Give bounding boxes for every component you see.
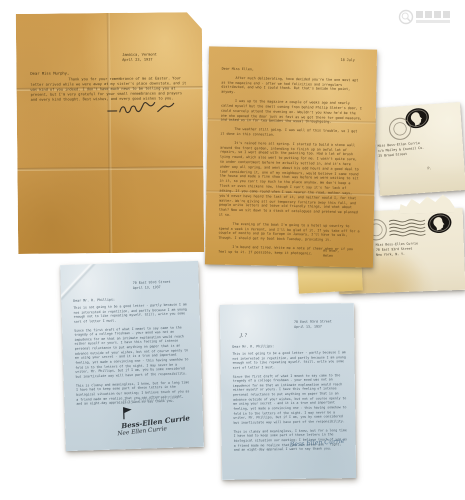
magnifier-seal-icon bbox=[398, 8, 456, 28]
cancellation-bars-icon bbox=[389, 217, 430, 243]
handwritten-signature-icon bbox=[107, 100, 179, 121]
paragraph: I was up to the magazine a couple of wee… bbox=[221, 99, 363, 126]
letter-body: Dear Miss Ellen, After much deliberating… bbox=[218, 67, 364, 261]
address-line: New York, N. Y. bbox=[376, 251, 418, 257]
closing-block: As ever, Helen bbox=[323, 249, 339, 259]
paragraph: Since the first draft of what I meant to… bbox=[74, 325, 190, 380]
typed-letter-dense: 18 July Dear Miss Ellen, After much deli… bbox=[205, 46, 377, 267]
watermark-logo bbox=[398, 8, 456, 33]
typed-signature: Helen bbox=[323, 254, 339, 259]
letter-date: 18 July bbox=[341, 58, 355, 62]
envelope-front: Miss Bess-Ellen Currie c/o Mailey & Coun… bbox=[374, 102, 465, 196]
letter-header: 70 East 93rd Street April 13, 1937 bbox=[294, 319, 332, 329]
paragraph: After much deliberating, have decided yo… bbox=[221, 75, 363, 97]
aged-folded-letter: Jamaica, Vermont April 23, 1937 Dear Mis… bbox=[16, 12, 205, 254]
salutation: Dear Miss Ellen, bbox=[222, 67, 364, 75]
dateline: Jamaica, Vermont April 23, 1937 bbox=[122, 53, 157, 64]
salutation: Dear Miss Murphy, bbox=[30, 70, 69, 75]
paragraph: The weather still going. I was well of t… bbox=[220, 127, 362, 139]
salutation: Dear Mr. R. Phillips: bbox=[232, 344, 274, 349]
envelope2-address: Miss Bess-Ellen Currie 70 East 93rd Stre… bbox=[376, 241, 419, 257]
paragraph: Since the first draft of what I meant to… bbox=[233, 373, 348, 426]
blue-typed-letter-signed: 70 East 93rd Street April 13, 1937 Dear … bbox=[60, 261, 204, 451]
salutation: Dear Mr. R. Phillips: bbox=[73, 298, 115, 303]
envelope1-notation: P. bbox=[427, 166, 432, 170]
paragraph: This is not going to be a good letter - … bbox=[232, 350, 346, 370]
paragraph: This is not going to be a good letter - … bbox=[73, 302, 188, 324]
dateline-date: April 23, 1937 bbox=[122, 58, 157, 64]
envelope1-address: Miss Bess-Ellen Currie c/o Mailey & Coun… bbox=[378, 141, 425, 159]
header-date: April 13, 1937 bbox=[294, 324, 332, 329]
auction-lot-photo: Miss Bess-Ellen Currie c/o Mailey & Coun… bbox=[0, 0, 465, 500]
letter-header: 70 East 93rd Street April 13, 1937 bbox=[133, 280, 171, 291]
blue-typed-letter-carbon: 70 East 93rd Street April 13, 1937 J. ? … bbox=[220, 303, 356, 480]
paragraph: The evening of the boat I'm going to a h… bbox=[218, 221, 360, 243]
header-date: April 13, 1937 bbox=[133, 285, 171, 291]
fold-crease bbox=[107, 13, 113, 253]
letter-body: Thank you for your remembrance of me at … bbox=[30, 76, 186, 103]
handwritten-annotation: J. ? bbox=[240, 334, 247, 339]
paragraph: It's rained here all spring. I started t… bbox=[219, 140, 362, 220]
